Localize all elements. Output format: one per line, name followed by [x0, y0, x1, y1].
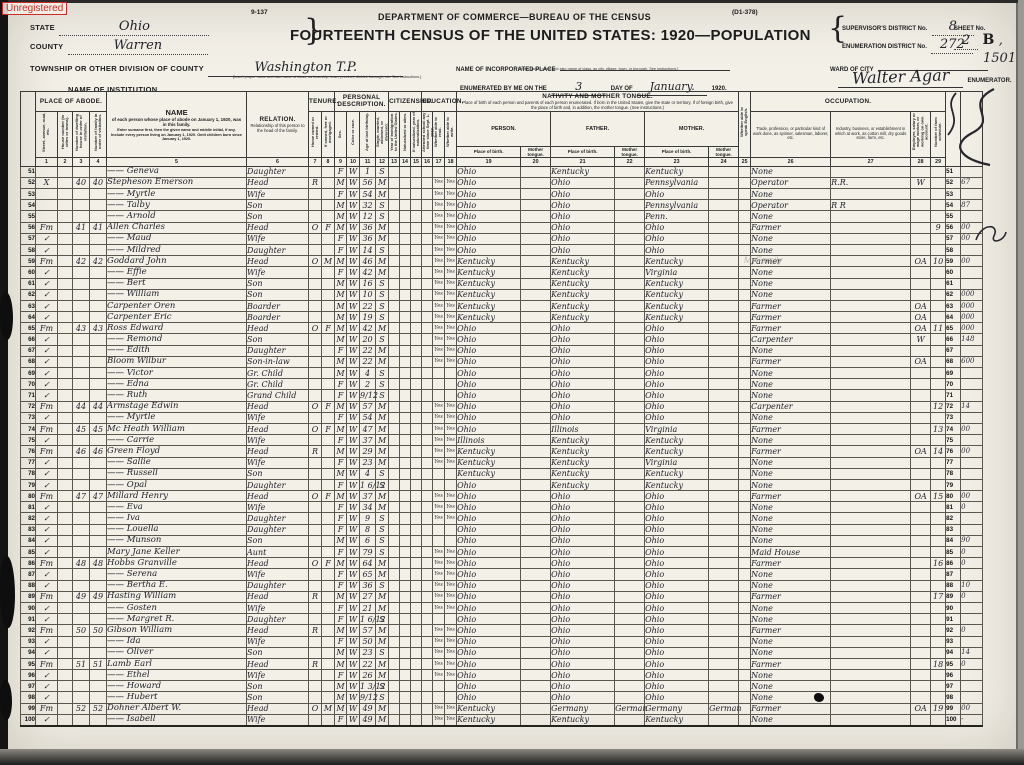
cell-nm: —— Myrtle — [107, 412, 247, 423]
cell-rl: Wife — [247, 714, 309, 726]
census-row: 60✓—— EffieWifeFW42MYesYesKentuckyKentuc… — [21, 267, 983, 278]
cell-mb: Ohio — [645, 658, 709, 669]
cell-pmt — [521, 256, 551, 267]
cell-ms: M — [376, 602, 389, 613]
cell-fm — [90, 200, 107, 211]
cell-c14 — [400, 300, 411, 311]
cell-eng — [739, 200, 751, 211]
cell-c14 — [400, 502, 411, 513]
cell-c14 — [400, 591, 411, 602]
cell-eng — [739, 558, 751, 569]
cell-n: 74 — [21, 423, 36, 434]
cell-c14 — [400, 714, 411, 726]
cell-fs — [931, 368, 946, 379]
cell-fb: Ohio — [551, 211, 615, 222]
cell-c13 — [389, 446, 400, 457]
cell-fmt — [615, 479, 645, 490]
state-field: Ohio — [59, 17, 209, 36]
cell-ms: M — [376, 670, 389, 681]
cell-cr: W — [347, 479, 360, 490]
cell-pmt — [521, 457, 551, 468]
cell-mg — [322, 334, 335, 345]
cell-rl: Wife — [247, 457, 309, 468]
cell-n: 55 — [21, 211, 36, 222]
name-desc-2: Enter surname first, then the given name… — [107, 127, 246, 132]
cell-ms: S — [376, 379, 389, 390]
cell-n: 86 — [21, 558, 36, 569]
cell-mmt — [709, 300, 739, 311]
cell-c13 — [389, 658, 400, 669]
cell-ag: 1 3/12 — [360, 681, 376, 692]
cell-pmt — [521, 681, 551, 692]
cell-hn — [58, 502, 73, 513]
cell-rl: Wife — [247, 636, 309, 647]
cell-ms: S — [376, 368, 389, 379]
cell-in — [831, 513, 911, 524]
cell-fm — [90, 166, 107, 177]
cell-lit2: Yes — [445, 300, 457, 311]
cell-mb: Ohio — [645, 233, 709, 244]
cell-fb: Kentucky — [551, 468, 615, 479]
cell-fb: Kentucky — [551, 300, 615, 311]
header-industry: Industry, business, or establishment in … — [831, 111, 911, 157]
cell-fb: Kentucky — [551, 435, 615, 446]
cell-pb: Ohio — [457, 558, 521, 569]
cell-fm — [90, 479, 107, 490]
cell-ms: M — [376, 233, 389, 244]
cell-mar: 0 — [961, 558, 983, 569]
cell-mb: Ohio — [645, 547, 709, 558]
cell-fm: 43 — [90, 323, 107, 334]
cell-c15 — [411, 658, 422, 669]
cell-n: 58 — [21, 244, 36, 255]
cell-sx: M — [335, 289, 347, 300]
cell-cr: W — [347, 267, 360, 278]
cell-c14 — [400, 524, 411, 535]
cell-hn — [58, 233, 73, 244]
cell-c14 — [400, 189, 411, 200]
cell-e16 — [422, 636, 433, 647]
cell-n: 76 — [21, 446, 36, 457]
cell-ms: S — [376, 468, 389, 479]
cell-in — [831, 502, 911, 513]
cell-n: 95 — [21, 658, 36, 669]
cell-hm: O — [309, 256, 322, 267]
cell-rl: Head — [247, 703, 309, 714]
cell-ms: M — [376, 569, 389, 580]
cell-n: 54 — [21, 200, 36, 211]
cell-lit: Yes — [433, 189, 445, 200]
cell-cr: W — [347, 244, 360, 255]
incorporated-note: [Insert proper name and also name of cla… — [518, 67, 708, 71]
header-person-tongue: Mother tongue. — [521, 146, 551, 157]
cell-em — [911, 547, 931, 558]
cell-c13 — [389, 390, 400, 401]
cell-em — [911, 423, 931, 434]
cell-eng — [739, 569, 751, 580]
cell-sx: F — [335, 513, 347, 524]
stamp-number: 1501 — [983, 51, 1016, 66]
cell-pb: Ohio — [457, 189, 521, 200]
cell-cr: W — [347, 636, 360, 647]
cell-nm: Allen Charles — [107, 222, 247, 233]
cell-fmt — [615, 289, 645, 300]
cell-fs: 11 — [931, 323, 946, 334]
cell-eng — [739, 535, 751, 546]
cell-mar: 90 — [961, 535, 983, 546]
cell-c15 — [411, 602, 422, 613]
cell-lit: Yes — [433, 502, 445, 513]
cell-c13 — [389, 457, 400, 468]
cell-st — [36, 211, 58, 222]
column-number: 11 — [360, 157, 376, 166]
cell-fb: Kentucky — [551, 457, 615, 468]
cell-c14 — [400, 256, 411, 267]
cell-fb: Ohio — [551, 356, 615, 367]
census-row: 72Fm4444Armstage EdwinHeadOFMW57MYesYesO… — [21, 401, 983, 412]
cell-rn: 90 — [946, 602, 961, 613]
cell-mmt: German — [709, 703, 739, 714]
cell-hm — [309, 390, 322, 401]
cell-cr: W — [347, 513, 360, 524]
cell-em — [911, 412, 931, 423]
cell-e16 — [422, 580, 433, 591]
cell-eng — [739, 435, 751, 446]
column-number: 26 — [751, 157, 831, 166]
cell-fb: Ohio — [551, 379, 615, 390]
cell-e16 — [422, 681, 433, 692]
cell-fs — [931, 692, 946, 703]
cell-c15 — [411, 412, 422, 423]
cell-st: ✓ — [36, 233, 58, 244]
cell-c14 — [400, 535, 411, 546]
cell-fb: Ohio — [551, 390, 615, 401]
cell-mg — [322, 390, 335, 401]
cell-c14 — [400, 703, 411, 714]
cell-rl: Wife — [247, 189, 309, 200]
cell-fs: 16 — [931, 558, 946, 569]
cell-oc: None — [751, 390, 831, 401]
cell-eng — [739, 390, 751, 401]
cell-mmt — [709, 658, 739, 669]
header-color-race: Color or race. — [347, 111, 360, 157]
cell-pmt — [521, 535, 551, 546]
cell-c14 — [400, 267, 411, 278]
cell-pb: Ohio — [457, 491, 521, 502]
cell-dw: 49 — [73, 591, 90, 602]
cell-n: 88 — [21, 580, 36, 591]
cell-c14 — [400, 658, 411, 669]
cell-mar: 0 — [961, 502, 983, 513]
cell-fm — [90, 289, 107, 300]
cell-rn: 78 — [946, 468, 961, 479]
line-number-margin — [21, 92, 36, 167]
cell-e16 — [422, 435, 433, 446]
cell-fs — [931, 625, 946, 636]
cell-c15 — [411, 479, 422, 490]
cell-dw — [73, 468, 90, 479]
cell-fb: Kentucky — [551, 479, 615, 490]
column-number: 1 — [36, 157, 58, 166]
cell-fmt — [615, 647, 645, 658]
cell-dw — [73, 457, 90, 468]
cell-oc: Farmer — [751, 591, 831, 602]
cell-lit2: Yes — [445, 435, 457, 446]
cell-mg — [322, 189, 335, 200]
cell-rl: Son — [247, 535, 309, 546]
cell-em: OA — [911, 312, 931, 323]
cell-c13 — [389, 166, 400, 177]
cell-c13 — [389, 558, 400, 569]
scan-edge-bottom — [0, 749, 1024, 765]
cell-c15 — [411, 591, 422, 602]
cell-ag: 32 — [360, 200, 376, 211]
cell-mar — [961, 278, 983, 289]
cell-lit — [433, 468, 445, 479]
census-row: 97✓—— HowardSonMW1 3/12SOhioOhioOhioNone… — [21, 681, 983, 692]
cell-lit: Yes — [433, 423, 445, 434]
cell-st — [36, 200, 58, 211]
cell-c15 — [411, 244, 422, 255]
cell-mmt — [709, 524, 739, 535]
cell-c14 — [400, 625, 411, 636]
header-father-birthplace: Place of birth. — [551, 146, 615, 157]
cell-dw: 40 — [73, 177, 90, 188]
cell-fmt — [615, 491, 645, 502]
cell-mb: Kentucky — [645, 300, 709, 311]
cell-ag: 36 — [360, 222, 376, 233]
cell-lit: Yes — [433, 714, 445, 726]
header-family-number: Number of family in order of visitation. — [90, 111, 107, 157]
cell-mb: Ohio — [645, 524, 709, 535]
cell-ms: M — [376, 636, 389, 647]
cell-fmt — [615, 547, 645, 558]
cell-c15 — [411, 625, 422, 636]
cell-pb: Kentucky — [457, 446, 521, 457]
cell-fb: Kentucky — [551, 289, 615, 300]
cell-fs — [931, 569, 946, 580]
cell-in — [831, 233, 911, 244]
cell-c13 — [389, 524, 400, 535]
cell-st: ✓ — [36, 714, 58, 726]
header-father-group: FATHER. — [551, 111, 645, 146]
cell-mmt — [709, 446, 739, 457]
header-home-owned: Home owned or rented. — [309, 111, 322, 157]
cell-n: 66 — [21, 334, 36, 345]
cell-pb: Kentucky — [457, 267, 521, 278]
cell-fmt — [615, 189, 645, 200]
cell-mb: Kentucky — [645, 435, 709, 446]
ink-blot — [814, 693, 824, 702]
cell-mar — [961, 614, 983, 625]
cell-fmt — [615, 502, 645, 513]
cell-hm — [309, 602, 322, 613]
header-occupation: OCCUPATION. — [751, 92, 946, 112]
cell-pmt — [521, 468, 551, 479]
cell-fm — [90, 211, 107, 222]
cell-pmt — [521, 222, 551, 233]
cell-in — [831, 692, 911, 703]
cell-cr: W — [347, 647, 360, 658]
cell-mmt — [709, 211, 739, 222]
cell-sx: M — [335, 368, 347, 379]
cell-ms: S — [376, 166, 389, 177]
cell-pmt — [521, 524, 551, 535]
cell-in — [831, 647, 911, 658]
cell-mg — [322, 435, 335, 446]
cell-oc: Carpenter — [751, 334, 831, 345]
cell-em: OA — [911, 256, 931, 267]
cell-mar — [961, 412, 983, 423]
cell-sx: F — [335, 435, 347, 446]
cell-n: 67 — [21, 345, 36, 356]
cell-lit: Yes — [433, 569, 445, 580]
cell-hm — [309, 647, 322, 658]
cell-fmt — [615, 222, 645, 233]
cell-pmt — [521, 569, 551, 580]
cell-fb: Kentucky — [551, 267, 615, 278]
cell-oc: None — [751, 289, 831, 300]
cell-nm: —— Myrtle — [107, 189, 247, 200]
cell-st: Fm — [36, 625, 58, 636]
cell-mmt — [709, 670, 739, 681]
cell-rl: Wife — [247, 412, 309, 423]
census-row: 61✓—— BertSonMW16SYesYesKentuckyKentucky… — [21, 278, 983, 289]
cell-n: 78 — [21, 468, 36, 479]
cell-c14 — [400, 356, 411, 367]
cell-rn: 67 — [946, 345, 961, 356]
cell-cr: W — [347, 558, 360, 569]
cell-ms: S — [376, 278, 389, 289]
cell-rn: 92 — [946, 625, 961, 636]
cell-mb: Ohio — [645, 412, 709, 423]
cell-lit: Yes — [433, 401, 445, 412]
cell-c15 — [411, 558, 422, 569]
cell-mg — [322, 591, 335, 602]
cell-hm — [309, 189, 322, 200]
cell-ag: 46 — [360, 256, 376, 267]
cell-rn: 65 — [946, 323, 961, 334]
cell-in — [831, 300, 911, 311]
cell-lit2 — [445, 479, 457, 490]
cell-mmt — [709, 244, 739, 255]
cell-pb: Ohio — [457, 535, 521, 546]
cell-fs — [931, 412, 946, 423]
cell-oc: Farmer — [751, 300, 831, 311]
header-sex: Sex. — [335, 111, 347, 157]
cell-lit2: Yes — [445, 222, 457, 233]
census-row: 88✓—— Bertha E.DaughterFW36SYesYesOhioOh… — [21, 580, 983, 591]
cell-em — [911, 457, 931, 468]
cell-mmt — [709, 636, 739, 647]
header-naturalization-year: If naturalized, year of naturalization. — [411, 111, 422, 157]
cell-fmt — [615, 267, 645, 278]
cell-c13 — [389, 435, 400, 446]
header-person-birthplace: Place of birth. — [457, 146, 521, 157]
cell-cr: W — [347, 177, 360, 188]
cell-st: Fm — [36, 658, 58, 669]
cell-eng — [739, 625, 751, 636]
cell-fs — [931, 379, 946, 390]
cell-ag: 14 — [360, 244, 376, 255]
cell-fmt — [615, 435, 645, 446]
cell-cr: W — [347, 211, 360, 222]
cell-sx: F — [335, 412, 347, 423]
cell-n: 85 — [21, 547, 36, 558]
pen-flourish: , — [999, 33, 1003, 48]
cell-ms: S — [376, 547, 389, 558]
header-able-to-read: Whether able to read. — [433, 111, 445, 157]
cell-fm: 45 — [90, 423, 107, 434]
cell-fmt — [615, 423, 645, 434]
cell-em: OA — [911, 446, 931, 457]
county-field: Warren — [68, 36, 208, 55]
cell-fb: Kentucky — [551, 166, 615, 177]
cell-fmt — [615, 312, 645, 323]
cell-lit2: Yes — [445, 356, 457, 367]
cell-ms: M — [376, 714, 389, 726]
cell-hn — [58, 423, 73, 434]
cell-rl: Boarder — [247, 300, 309, 311]
cell-mar — [961, 602, 983, 613]
cell-n: 91 — [21, 614, 36, 625]
cell-hm — [309, 681, 322, 692]
cell-cr: W — [347, 580, 360, 591]
cell-nm: Dohner Albert W. — [107, 703, 247, 714]
cell-c14 — [400, 547, 411, 558]
cell-mg: F — [322, 423, 335, 434]
column-number: 20 — [521, 157, 551, 166]
cell-c15 — [411, 312, 422, 323]
cell-st: ✓ — [36, 457, 58, 468]
cell-st: Fm — [36, 423, 58, 434]
cell-mg — [322, 368, 335, 379]
cell-c15 — [411, 189, 422, 200]
cell-rn: 53 — [946, 189, 961, 200]
cell-fm: 47 — [90, 491, 107, 502]
cell-st: Fm — [36, 558, 58, 569]
cell-mar: 00 — [961, 491, 983, 502]
cell-mmt — [709, 401, 739, 412]
cell-nm: Ross Edward — [107, 323, 247, 334]
cell-eng — [739, 211, 751, 222]
cell-sx: M — [335, 401, 347, 412]
cell-c15 — [411, 401, 422, 412]
cell-e16 — [422, 692, 433, 703]
cell-ag: 1 6/12 — [360, 479, 376, 490]
cell-c15 — [411, 491, 422, 502]
cell-ag: 2 — [360, 379, 376, 390]
census-row: 63✓Carpenter OrenBoarderMW22SYesYesKentu… — [21, 300, 983, 311]
cell-st: Fm — [36, 323, 58, 334]
cell-st: ✓ — [36, 681, 58, 692]
cell-c15 — [411, 502, 422, 513]
census-row: 89Fm4949Hasting WilliamHeadRMW27MYesYesO… — [21, 591, 983, 602]
cell-dw: 52 — [73, 703, 90, 714]
cell-c13 — [389, 200, 400, 211]
cell-oc: Carpenter — [751, 401, 831, 412]
cell-c13 — [389, 547, 400, 558]
cell-st: ✓ — [36, 345, 58, 356]
cell-ms: M — [376, 625, 389, 636]
cell-mmt — [709, 457, 739, 468]
cell-fb: Ohio — [551, 222, 615, 233]
cell-rn: 96 — [946, 670, 961, 681]
cell-em — [911, 479, 931, 490]
cell-mb: Ohio — [645, 401, 709, 412]
cell-oc: Farmer — [751, 423, 831, 434]
cell-pb: Ohio — [457, 479, 521, 490]
